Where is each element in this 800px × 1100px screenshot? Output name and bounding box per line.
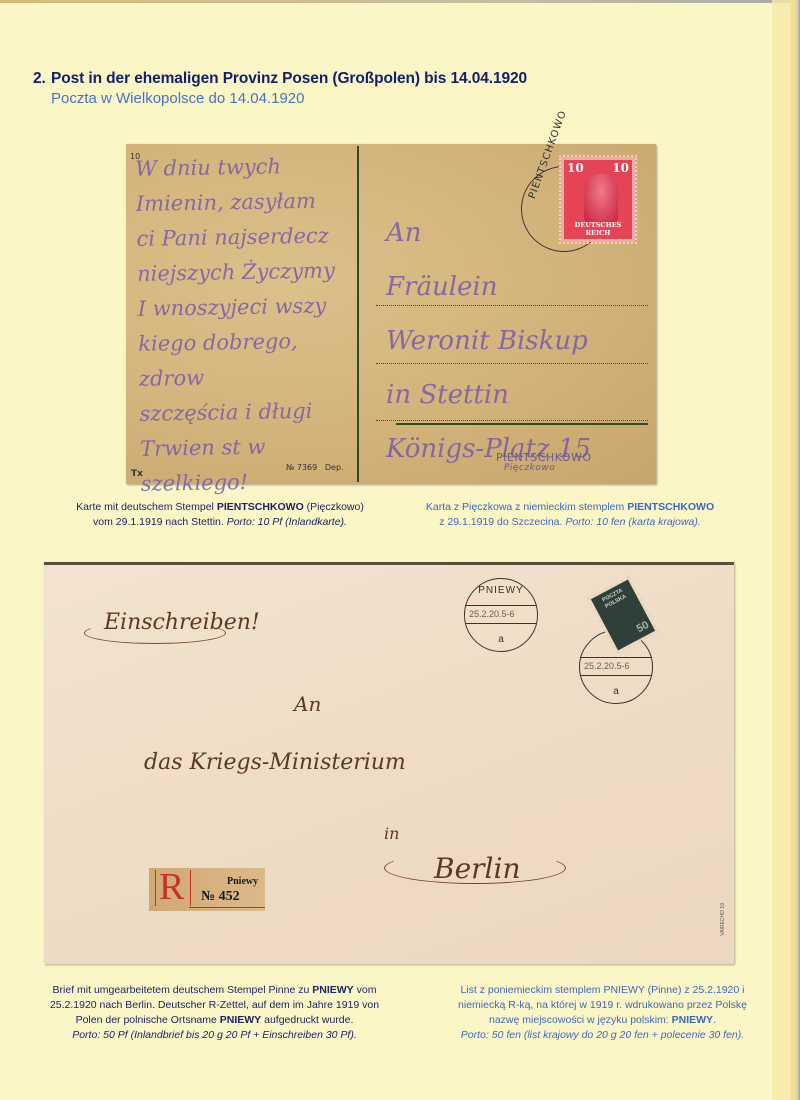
address-in: in: [384, 824, 399, 843]
caption-envelope-de: Brief mit umgearbeitetem deutschem Stemp…: [22, 983, 407, 1043]
page-right-edge: [790, 0, 800, 1100]
postcard-image: 10 W dniu twych Imienin, zasyłam ci Pani…: [126, 144, 656, 484]
section-header: 2.Post in der ehemaligen Provinz Posen (…: [33, 70, 527, 107]
postcard-message: W dniu twych Imienin, zasyłam ci Pani na…: [135, 148, 356, 502]
publisher-number: № 7369 Dep.: [286, 463, 344, 472]
caption-envelope-pl: List z poniemieckim stemplem PNIEWY (Pin…: [415, 983, 790, 1043]
r-letter: R: [159, 868, 184, 906]
section-title-de: 2.Post in der ehemaligen Provinz Posen (…: [33, 70, 527, 88]
address-recipient: das Kriegs-Ministerium: [144, 750, 406, 775]
postcard-address: An Fräulein Weronit Biskup in Stettin Kö…: [386, 206, 646, 476]
address-an: An: [294, 692, 321, 716]
envelope-top-edge: [44, 562, 734, 565]
envelope-image: Einschreiben! An das Kriegs-Ministerium …: [44, 562, 734, 964]
stamp-germania-10pf: 10 10 DEUTSCHES REICH: [561, 157, 635, 242]
section-number: 2.: [33, 70, 51, 88]
pencil-note: PIENTSCHKOWO Pięczkowo: [496, 452, 592, 474]
swash: [384, 852, 566, 884]
postcard-divider: [357, 146, 359, 482]
printer-mark: VAIRECHO 19: [720, 903, 726, 936]
section-title-pl: Poczta w Wielkopolsce do 14.04.1920: [51, 90, 527, 107]
caption-postcard-pl: Karta z Pięczkowa z niemieckim stemplem …: [405, 500, 735, 530]
page-fold: [772, 0, 790, 1100]
caption-postcard-de: Karte mit deutschem Stempel PIENTSCHKOWO…: [55, 500, 385, 530]
registration-label: R Pniewy № 452: [149, 868, 265, 911]
r-label-number: № 452: [201, 889, 240, 905]
germania-figure-icon: [584, 174, 618, 222]
postcard-tx-mark: Tx: [131, 469, 143, 479]
page-top-edge: [0, 0, 800, 3]
r-label-place: Pniewy: [227, 876, 258, 887]
postmark-pniewy-1: PNIEWY 25.2.20.5-6 a: [464, 578, 538, 652]
swash: [84, 622, 226, 644]
